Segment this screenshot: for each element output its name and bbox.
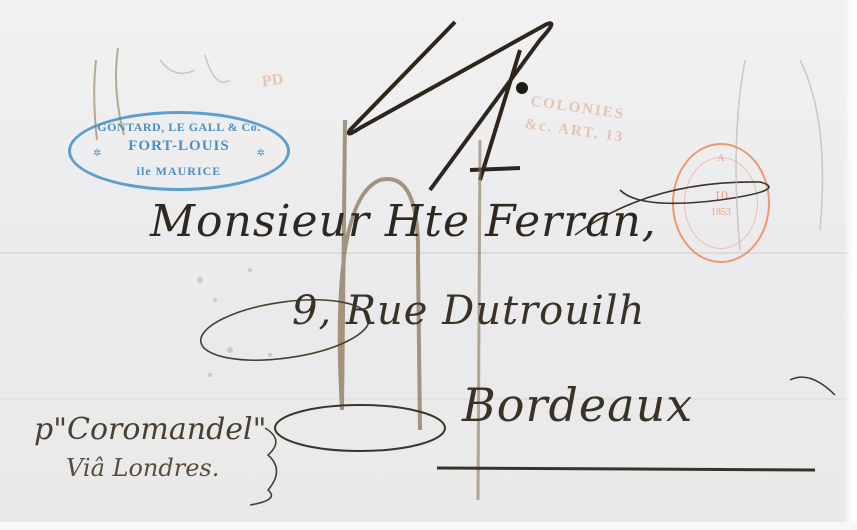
routing-via: Viâ Londres.: [66, 454, 219, 482]
paper-edge: [0, 522, 857, 530]
pen-strokes: [0, 0, 857, 530]
letter-cover: PD COLONIES &c. ART. 13 GONTARD, LE GALL…: [0, 0, 857, 530]
address-line-addressee: Monsieur Hte Ferran,: [150, 196, 657, 247]
address-line-street: 9, Rue Dutrouilh: [292, 288, 645, 334]
routing-ship-name: p"Coromandel": [34, 412, 266, 447]
address-line-city: Bordeaux: [462, 378, 693, 432]
paper-edge: [843, 0, 857, 530]
